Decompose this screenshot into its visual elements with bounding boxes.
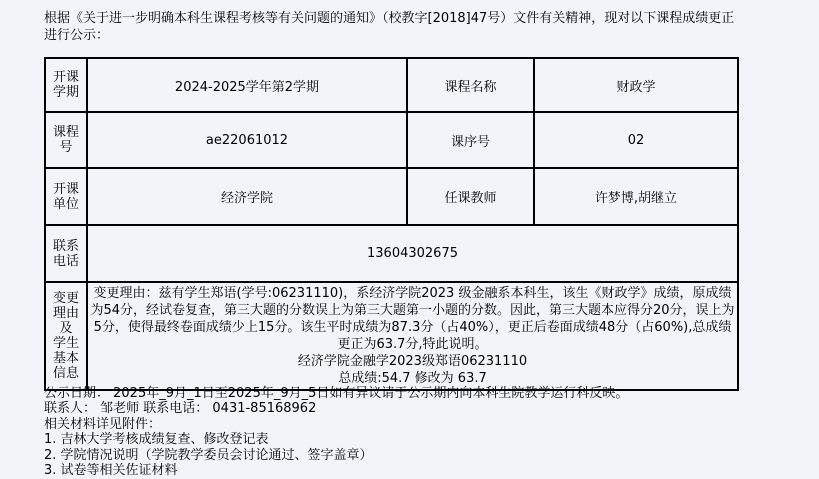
intro-paragraph: 根据《关于进一步明确本科生课程考核等有关问题的通知》（校教字[2018]47号）… (44, 10, 746, 44)
reason-label: 变更 理由 及 学生 基本 信息 (45, 282, 87, 390)
semester-label: 开课 学期 (45, 58, 87, 112)
table-row-course-number: 课程 号 ae22061012 课序号 02 (45, 112, 738, 168)
attachments-title: 相关材料详见附件： (44, 417, 784, 432)
course-number-label: 课程 号 (45, 112, 87, 168)
department-label: 开课 单位 (45, 168, 87, 225)
course-number-value: ae22061012 (87, 112, 407, 168)
table-row-phone: 联系 电话 13604302675 (45, 225, 738, 282)
attachment-item-3: 3. 试卷等相关佐证材料 (44, 463, 784, 478)
section-number-value: 02 (534, 112, 738, 168)
teacher-label: 任课教师 (407, 168, 534, 225)
phone-value: 13604302675 (87, 225, 738, 282)
teacher-value: 许梦博,胡继立 (534, 168, 738, 225)
contact-info: 联系人： 邹老师 联系电话： 0431-85168962 (44, 401, 784, 416)
course-name-label: 课程名称 (407, 58, 534, 112)
student-info: 经济学院金融学2023级郑语06231110 (90, 353, 735, 370)
grade-correction-table: 开课 学期 2024-2025学年第2学期 课程名称 财政学 课程 号 ae22… (44, 57, 739, 391)
department-value: 经济学院 (87, 168, 407, 225)
table-row-semester: 开课 学期 2024-2025学年第2学期 课程名称 财政学 (45, 58, 738, 112)
attachment-item-2: 2. 学院情况说明（学院教学委员会讨论通过、签字盖章） (44, 448, 784, 463)
reason-text: 变更理由：兹有学生郑语(学号:06231110)，系经济学院2023 级金融系本… (90, 285, 735, 353)
publicity-period: 公示日期： 2025年_9月_1日至2025年_9月_5日如有异议请于公示期内向… (44, 386, 784, 401)
table-row-reason: 变更 理由 及 学生 基本 信息 变更理由：兹有学生郑语(学号:06231110… (45, 282, 738, 390)
attachment-item-1: 1. 吉林大学考核成绩复查、修改登记表 (44, 432, 784, 447)
table-row-department: 开课 单位 经济学院 任课教师 许梦博,胡继立 (45, 168, 738, 225)
phone-label: 联系 电话 (45, 225, 87, 282)
section-number-label: 课序号 (407, 112, 534, 168)
footer: 公示日期： 2025年_9月_1日至2025年_9月_5日如有异议请于公示期内向… (44, 386, 784, 478)
reason-cell: 变更理由：兹有学生郑语(学号:06231110)，系经济学院2023 级金融系本… (87, 282, 738, 390)
score-change: 总成绩:54.7 修改为 63.7 (90, 370, 735, 387)
semester-value: 2024-2025学年第2学期 (87, 58, 407, 112)
notice-page: 根据《关于进一步明确本科生课程考核等有关问题的通知》（校教字[2018]47号）… (0, 0, 819, 479)
course-name-value: 财政学 (534, 58, 738, 112)
